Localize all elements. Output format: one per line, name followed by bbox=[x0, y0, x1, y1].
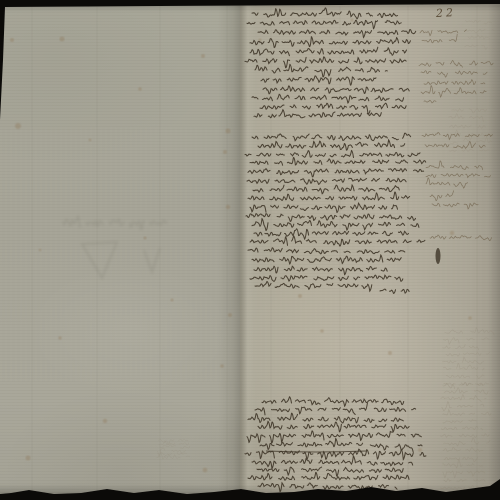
foxing-spot bbox=[228, 313, 232, 317]
handwriting-line bbox=[260, 439, 422, 452]
foxing-spot bbox=[10, 38, 14, 42]
foxing-spot bbox=[450, 231, 454, 235]
foxing-spot bbox=[298, 294, 302, 298]
handwriting-line bbox=[263, 86, 409, 94]
bleedthrough-line bbox=[465, 29, 493, 33]
bottom-paragraph bbox=[245, 397, 426, 492]
underline-stroke bbox=[266, 451, 366, 452]
bleedthrough-line bbox=[441, 426, 483, 430]
bleedthrough-line bbox=[160, 445, 190, 449]
handwriting-line bbox=[247, 20, 401, 28]
handwriting-line bbox=[250, 158, 426, 166]
middle-paragraph bbox=[245, 133, 426, 293]
bleedthrough-text bbox=[157, 439, 191, 459]
foxing-spot bbox=[223, 150, 227, 154]
bleedthrough-line bbox=[464, 45, 487, 49]
foxing-spot bbox=[226, 205, 230, 209]
handwriting-line bbox=[430, 191, 454, 201]
top-paragraph-margin-additions bbox=[420, 30, 466, 43]
handwriting-line bbox=[252, 255, 401, 264]
bleedthrough-line bbox=[446, 352, 490, 356]
handwriting-line bbox=[252, 133, 411, 141]
handwriting-line bbox=[420, 30, 466, 36]
bleedthrough-line bbox=[448, 114, 483, 122]
handwriting-line bbox=[422, 34, 457, 43]
handwriting-line bbox=[252, 94, 404, 103]
handwriting-ink-layer: 22 bbox=[0, 0, 500, 500]
bleedthrough-line bbox=[157, 448, 186, 457]
handwriting-line bbox=[254, 266, 387, 275]
foxing-spot bbox=[15, 123, 21, 129]
handwriting-line bbox=[262, 397, 404, 406]
bleedthrough-text bbox=[442, 328, 494, 386]
handwriting-line bbox=[426, 161, 483, 170]
handwriting-line bbox=[248, 248, 405, 254]
bleedthrough-line bbox=[468, 35, 490, 39]
bleedthrough-line bbox=[444, 479, 486, 482]
bleedthrough-line bbox=[445, 328, 495, 336]
handwriting-line bbox=[419, 61, 493, 68]
foxing-spot bbox=[60, 37, 65, 42]
handwriting-line bbox=[424, 100, 436, 103]
watermark bbox=[62, 216, 167, 278]
foxing-spot bbox=[320, 329, 324, 333]
watermark-v bbox=[144, 248, 160, 272]
bleedthrough-line bbox=[446, 375, 484, 379]
bleedthrough-line bbox=[443, 438, 490, 447]
foxing-spot bbox=[39, 249, 42, 252]
right-margin-note-top bbox=[419, 61, 493, 103]
handwriting-line bbox=[430, 235, 492, 241]
manuscript-scan: 22 bbox=[0, 0, 500, 500]
handwriting-line bbox=[426, 178, 468, 188]
foxing-spot bbox=[103, 419, 107, 423]
handwriting-line bbox=[424, 80, 485, 85]
handwriting-line bbox=[254, 110, 381, 118]
handwriting-line bbox=[426, 174, 491, 178]
handwriting-line bbox=[248, 169, 424, 177]
handwriting-line bbox=[258, 140, 405, 150]
watermark-triangle bbox=[82, 242, 117, 278]
handwriting-line bbox=[250, 37, 410, 48]
bleedthrough-line bbox=[159, 441, 189, 446]
foxing-spot bbox=[418, 448, 422, 452]
handwriting-line bbox=[258, 483, 397, 492]
handwriting-line bbox=[250, 47, 407, 56]
foxing-spot bbox=[26, 456, 31, 461]
bleedthrough-line bbox=[442, 402, 484, 411]
bleedthrough-line bbox=[442, 344, 479, 350]
foxing-spot bbox=[89, 139, 92, 142]
bleedthrough-line bbox=[452, 109, 487, 113]
handwriting-line bbox=[421, 86, 486, 97]
bleedthrough-line bbox=[443, 338, 489, 345]
watermark-band bbox=[62, 216, 167, 229]
handwriting-line bbox=[245, 57, 406, 68]
foxing-spot bbox=[143, 236, 146, 239]
foxing-spot bbox=[468, 316, 472, 320]
bleedthrough-line bbox=[465, 20, 492, 24]
foxing-spot bbox=[351, 19, 354, 22]
handwriting-line bbox=[432, 203, 478, 209]
bleedthrough-line bbox=[449, 125, 485, 128]
handwriting-line bbox=[248, 192, 410, 200]
middle-margin-note-4 bbox=[430, 235, 492, 241]
manuscript-page-spread: 22 bbox=[0, 0, 500, 500]
bleedthrough-line bbox=[443, 363, 484, 370]
bleedthrough-line bbox=[449, 149, 489, 151]
bleedthrough-line bbox=[441, 486, 485, 490]
ink-blot bbox=[436, 248, 441, 264]
foxing-spot bbox=[201, 54, 205, 58]
bleedthrough-line bbox=[440, 434, 489, 438]
middle-margin-note-3 bbox=[432, 203, 478, 209]
middle-margin-note-2 bbox=[426, 161, 491, 201]
bleedthrough-text bbox=[440, 382, 491, 489]
page-number: 22 bbox=[435, 6, 457, 20]
handwriting-line bbox=[250, 203, 398, 212]
handwriting-line bbox=[250, 236, 425, 246]
bleedthrough-line bbox=[444, 457, 478, 462]
handwriting-line bbox=[252, 456, 413, 469]
bleedthrough-text bbox=[448, 109, 492, 152]
bleedthrough-line bbox=[157, 452, 190, 459]
handwriting-line bbox=[258, 421, 409, 432]
handwriting-line bbox=[252, 219, 419, 231]
handwriting-line bbox=[248, 472, 409, 480]
foxing-spot bbox=[203, 468, 208, 473]
bleedthrough-line bbox=[440, 395, 486, 402]
handwriting-line bbox=[247, 431, 421, 443]
bleedthrough-line bbox=[443, 420, 477, 423]
bleedthrough-line bbox=[442, 357, 484, 364]
foxing-spot bbox=[226, 129, 231, 134]
handwriting-line bbox=[380, 289, 409, 293]
bleedthrough-line bbox=[158, 439, 188, 444]
handwriting-line bbox=[255, 282, 372, 292]
foxing-spot bbox=[58, 336, 61, 339]
foxing-spot bbox=[171, 299, 174, 302]
handwriting-line bbox=[253, 185, 399, 194]
foxing-spot bbox=[220, 364, 224, 368]
handwriting-line bbox=[254, 229, 409, 239]
bleedthrough-line bbox=[444, 388, 488, 394]
bleedthrough-line bbox=[443, 471, 485, 478]
handwriting-line bbox=[245, 449, 426, 459]
handwriting-line bbox=[261, 76, 376, 85]
handwriting-line bbox=[258, 29, 416, 37]
foxing-spot bbox=[138, 87, 142, 91]
foxing-spot bbox=[388, 351, 392, 355]
handwriting-line bbox=[255, 64, 387, 76]
handwriting-line bbox=[425, 141, 485, 148]
bleedthrough-line bbox=[443, 410, 492, 416]
bleedthrough-text bbox=[464, 20, 494, 49]
handwriting-line bbox=[250, 275, 403, 281]
middle-margin-note-1 bbox=[422, 132, 493, 148]
handwriting-line bbox=[252, 8, 398, 19]
